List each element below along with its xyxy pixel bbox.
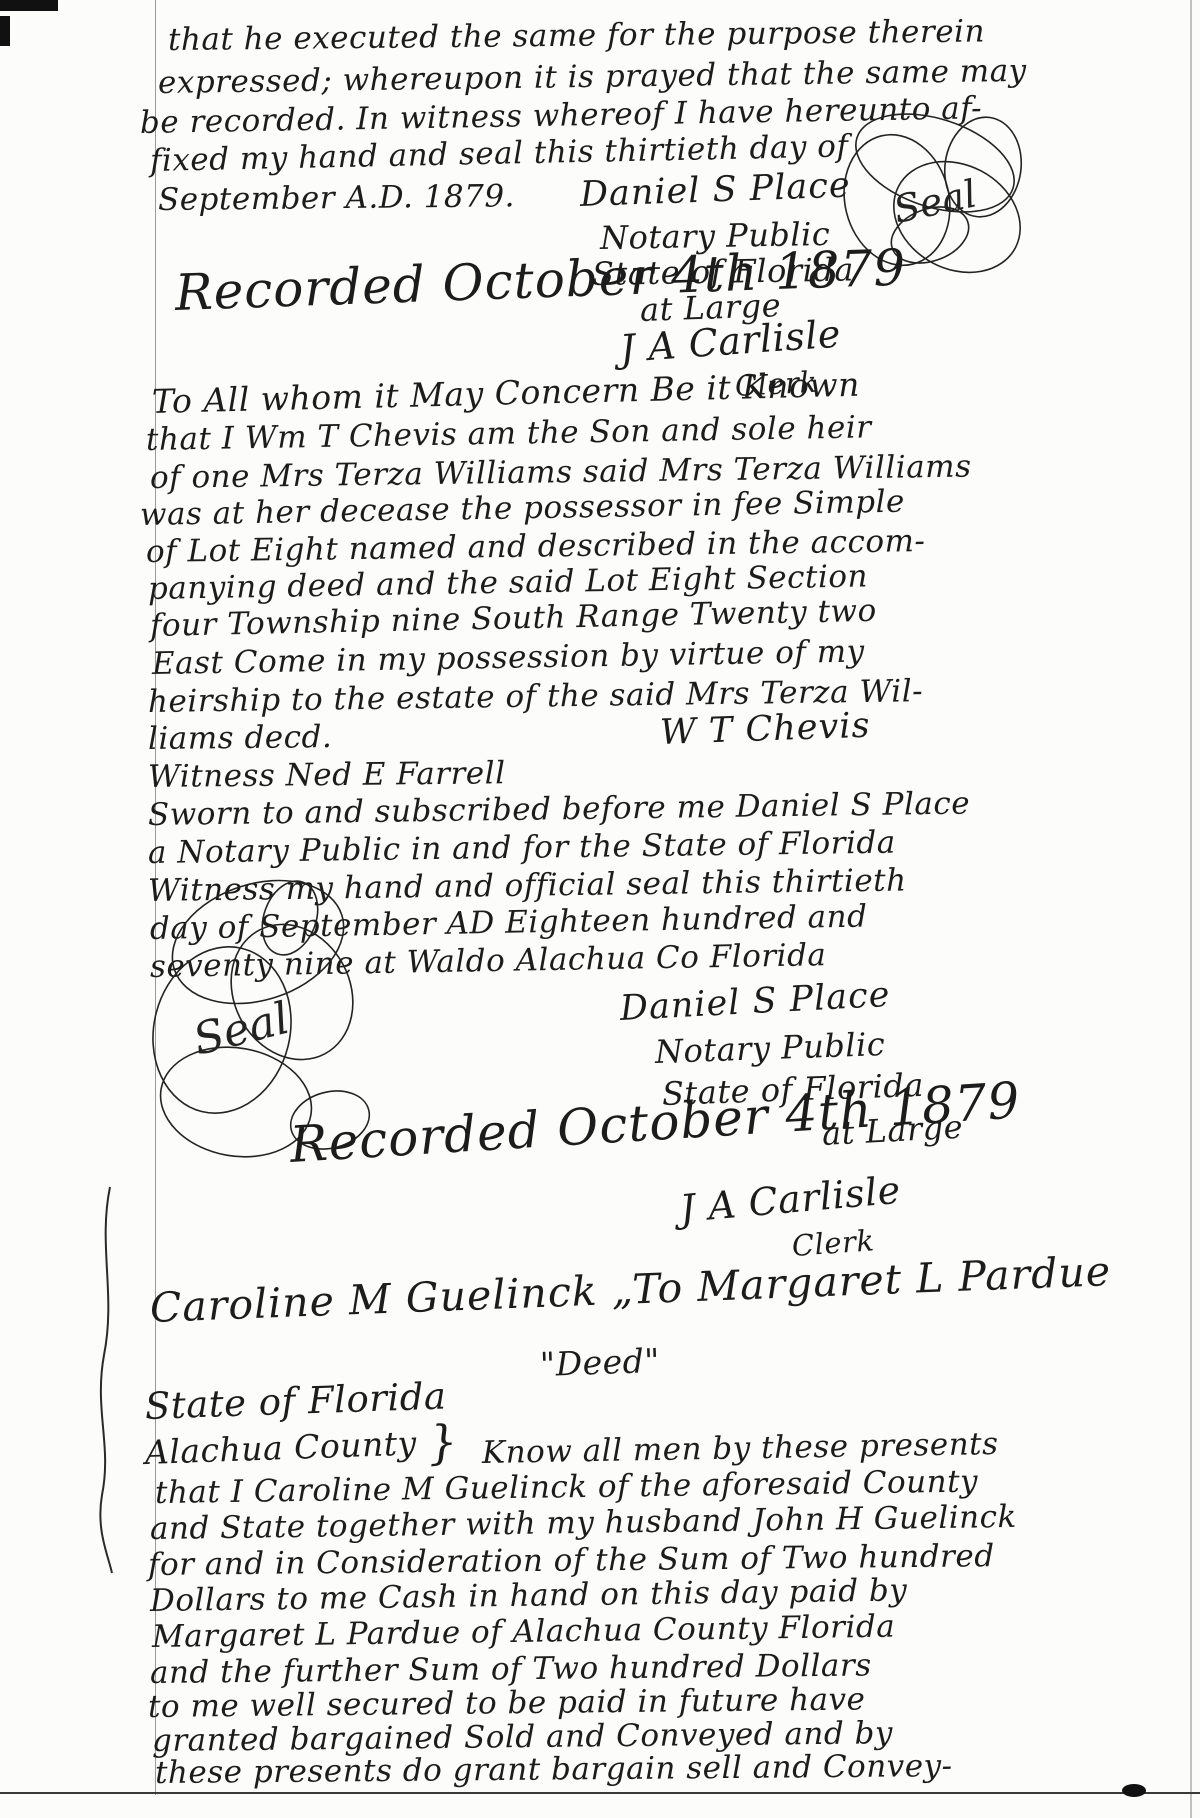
county-brace-mark: } bbox=[426, 1418, 459, 1466]
affidavit-line-10: liams decd. bbox=[148, 722, 333, 755]
deed-heading: Caroline M Guelinck „To Margaret L Pardu… bbox=[149, 1251, 1112, 1329]
recorded-entry-1: Recorded October 4th 1879 bbox=[174, 242, 907, 318]
deed-subheading: "Deed" bbox=[539, 1344, 660, 1381]
deed-line-5: Margaret L Pardue of Alachua County Flor… bbox=[152, 1612, 896, 1653]
recorded-entry-2: Recorded October 4th 1879 bbox=[288, 1075, 1021, 1170]
seal-word-1: Seal bbox=[890, 171, 981, 231]
affidavit-line-8: East Come in my possession by virtue of … bbox=[152, 637, 865, 680]
notary-title-2-line-1: Notary Public bbox=[654, 1028, 885, 1068]
page-right-edge bbox=[1190, 0, 1192, 1818]
notary-signature-2: Daniel S Place bbox=[619, 978, 891, 1027]
scan-corner-mark bbox=[0, 0, 58, 11]
witness-line: Witness Ned E Farrell bbox=[148, 758, 506, 793]
ack-line-1: that he executed the same for the purpos… bbox=[168, 16, 985, 56]
margin-squiggle-stroke bbox=[88, 1185, 128, 1575]
clerk-signature-2: J A Carlisle bbox=[678, 1171, 902, 1228]
deed-record-page: that he executed the same for the purpos… bbox=[0, 0, 1200, 1818]
affidavit-line-2: that I Wm T Chevis am the Son and sole h… bbox=[146, 412, 872, 456]
ink-blot bbox=[1122, 1784, 1146, 1797]
deed-line-9: these presents do grant bargain sell and… bbox=[155, 1751, 953, 1789]
deed-county-line: Alachua County bbox=[144, 1427, 417, 1469]
scan-corner-mark bbox=[0, 16, 10, 46]
jurat-line-2: a Notary Public in and for the State of … bbox=[148, 828, 896, 869]
page-bottom-edge bbox=[0, 1792, 1200, 1794]
ack-line-5: September A.D. 1879. bbox=[158, 181, 515, 216]
affiant-signature: W T Chevis bbox=[659, 709, 871, 751]
notary-signature-1: Daniel S Place bbox=[579, 169, 851, 213]
deed-state-line: State of Florida bbox=[144, 1377, 447, 1425]
deed-body-intro: Know all men by these presents bbox=[482, 1429, 999, 1469]
